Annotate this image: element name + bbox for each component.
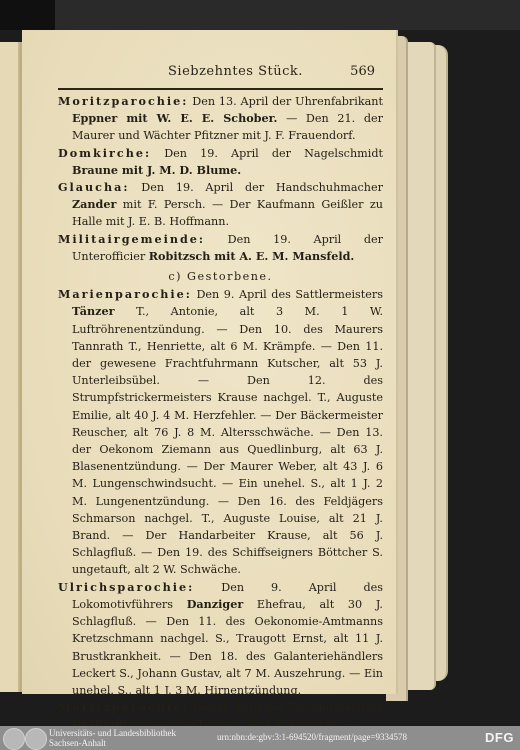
library-seal-icon	[25, 728, 47, 750]
page-block-edge	[404, 42, 436, 690]
university-seal-icon	[3, 728, 25, 750]
scanner-background	[0, 0, 520, 30]
page-number: 569	[350, 64, 375, 79]
entry-married: Domkirche: Den 19. April der Nagelschmid…	[58, 145, 383, 179]
book-page: Siebzehntes Stück. 569 Moritzparochie: D…	[22, 30, 396, 694]
running-head-title: Siebzehntes Stück.	[168, 64, 303, 79]
urn-link[interactable]: urn:nbn:de:gbv:3:1-694520/fragment/page=…	[217, 732, 407, 742]
running-header: Siebzehntes Stück. 569	[58, 64, 383, 84]
viewer-footer: Universitäts- und Landesbibliothek Sachs…	[0, 726, 520, 750]
page-body: Moritzparochie: Den 13. April der Uhrenf…	[58, 93, 383, 726]
entry-married: Glaucha: Den 19. April der Handschuhmach…	[58, 179, 383, 231]
entry-died: Ulrichsparochie: Den 9. April des Lokomo…	[58, 579, 383, 699]
entry-married: Moritzparochie: Den 13. April der Uhrenf…	[58, 93, 383, 145]
section-heading: c) Gestorbene.	[58, 268, 383, 285]
scan-image: Siebzehntes Stück. 569 Moritzparochie: D…	[0, 0, 520, 726]
entry-died: Marienparochie: Den 9. April des Sattler…	[58, 286, 383, 578]
header-rule	[58, 88, 383, 90]
institution-name[interactable]: Universitäts- und Landesbibliothek Sachs…	[49, 728, 176, 748]
entry-married: Militairgemeinde: Den 19. April der Unte…	[58, 231, 383, 265]
dfg-logo[interactable]: DFG	[485, 730, 514, 745]
entry-died: Moritzparochie: Den 6. April des Tischle…	[58, 699, 383, 726]
